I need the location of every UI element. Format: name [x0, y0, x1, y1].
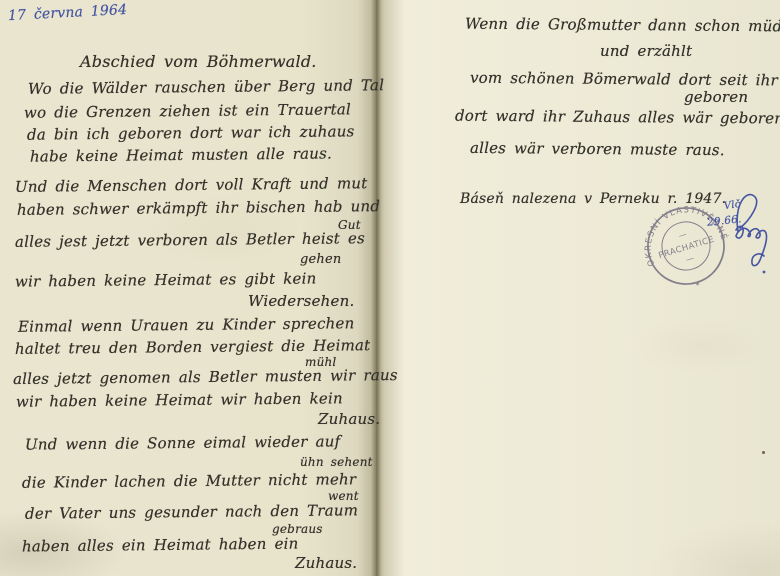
inserted-word: gehen — [300, 252, 341, 267]
poem-line: und erzählt — [600, 42, 692, 60]
poem-line: vom schönen Bömerwald dort seit ihr — [470, 69, 778, 90]
poem-line: wo die Grenzen ziehen ist ein Trauertal — [24, 100, 351, 121]
poem-line: haben alles ein Heimat haben ein — [22, 535, 299, 556]
poem-line: Wo die Wälder rauschen über Berg und Tal — [28, 76, 384, 98]
inserted-word: ühn sehent — [300, 455, 373, 469]
poem-line: Einmal wenn Urauen zu Kinder sprechen — [18, 314, 355, 336]
poem-line: Und wenn die Sonne eimal wieder auf — [25, 432, 340, 453]
poem-line: der Vater uns gesunder nach den Traum — [25, 501, 358, 522]
poem-line: Zuhaus. — [318, 410, 380, 428]
poem-line: Wiedersehen. — [248, 292, 354, 310]
poem-line: habe keine Heimat musten alle raus. — [30, 144, 332, 165]
poem-line: wir haben keine Heimat es gibt kein — [15, 269, 317, 290]
poem-title: Abschied vom Böhmerwald. — [80, 52, 317, 71]
poem-line: wir haben keine Heimat wir haben kein — [16, 389, 343, 410]
stamp-dash: — — [677, 230, 687, 241]
poem-line: alles jest jetzt verboren als Betler hei… — [15, 229, 365, 251]
poem-line: da bin ich geboren dort war ich zuhaus — [27, 122, 355, 143]
stamp-dash: — — [685, 253, 695, 264]
signature-flourish-icon — [698, 186, 780, 278]
poem-line: Wenn die Großmutter dann schon müde — [465, 15, 780, 36]
poem-line: Und die Menschen dort voll Kraft und mut — [15, 174, 368, 196]
poem-line: dort ward ihr Zuhaus alles wär geboren — [455, 107, 780, 128]
poem-line: haben schwer erkämpft ihr bischen hab un… — [17, 197, 380, 219]
inserted-word: geboren — [684, 88, 748, 106]
paper-speck — [34, 447, 37, 449]
poem-line: die Kinder lachen die Mutter nicht mehr — [22, 470, 356, 491]
poem-line: alles wär verboren muste raus. — [470, 139, 725, 159]
manuscript-scan: 17 června 1964 Abschied vom Böhmerwald. … — [0, 0, 780, 576]
paper-speck — [762, 451, 765, 454]
poem-line: Zuhaus. — [295, 554, 357, 572]
